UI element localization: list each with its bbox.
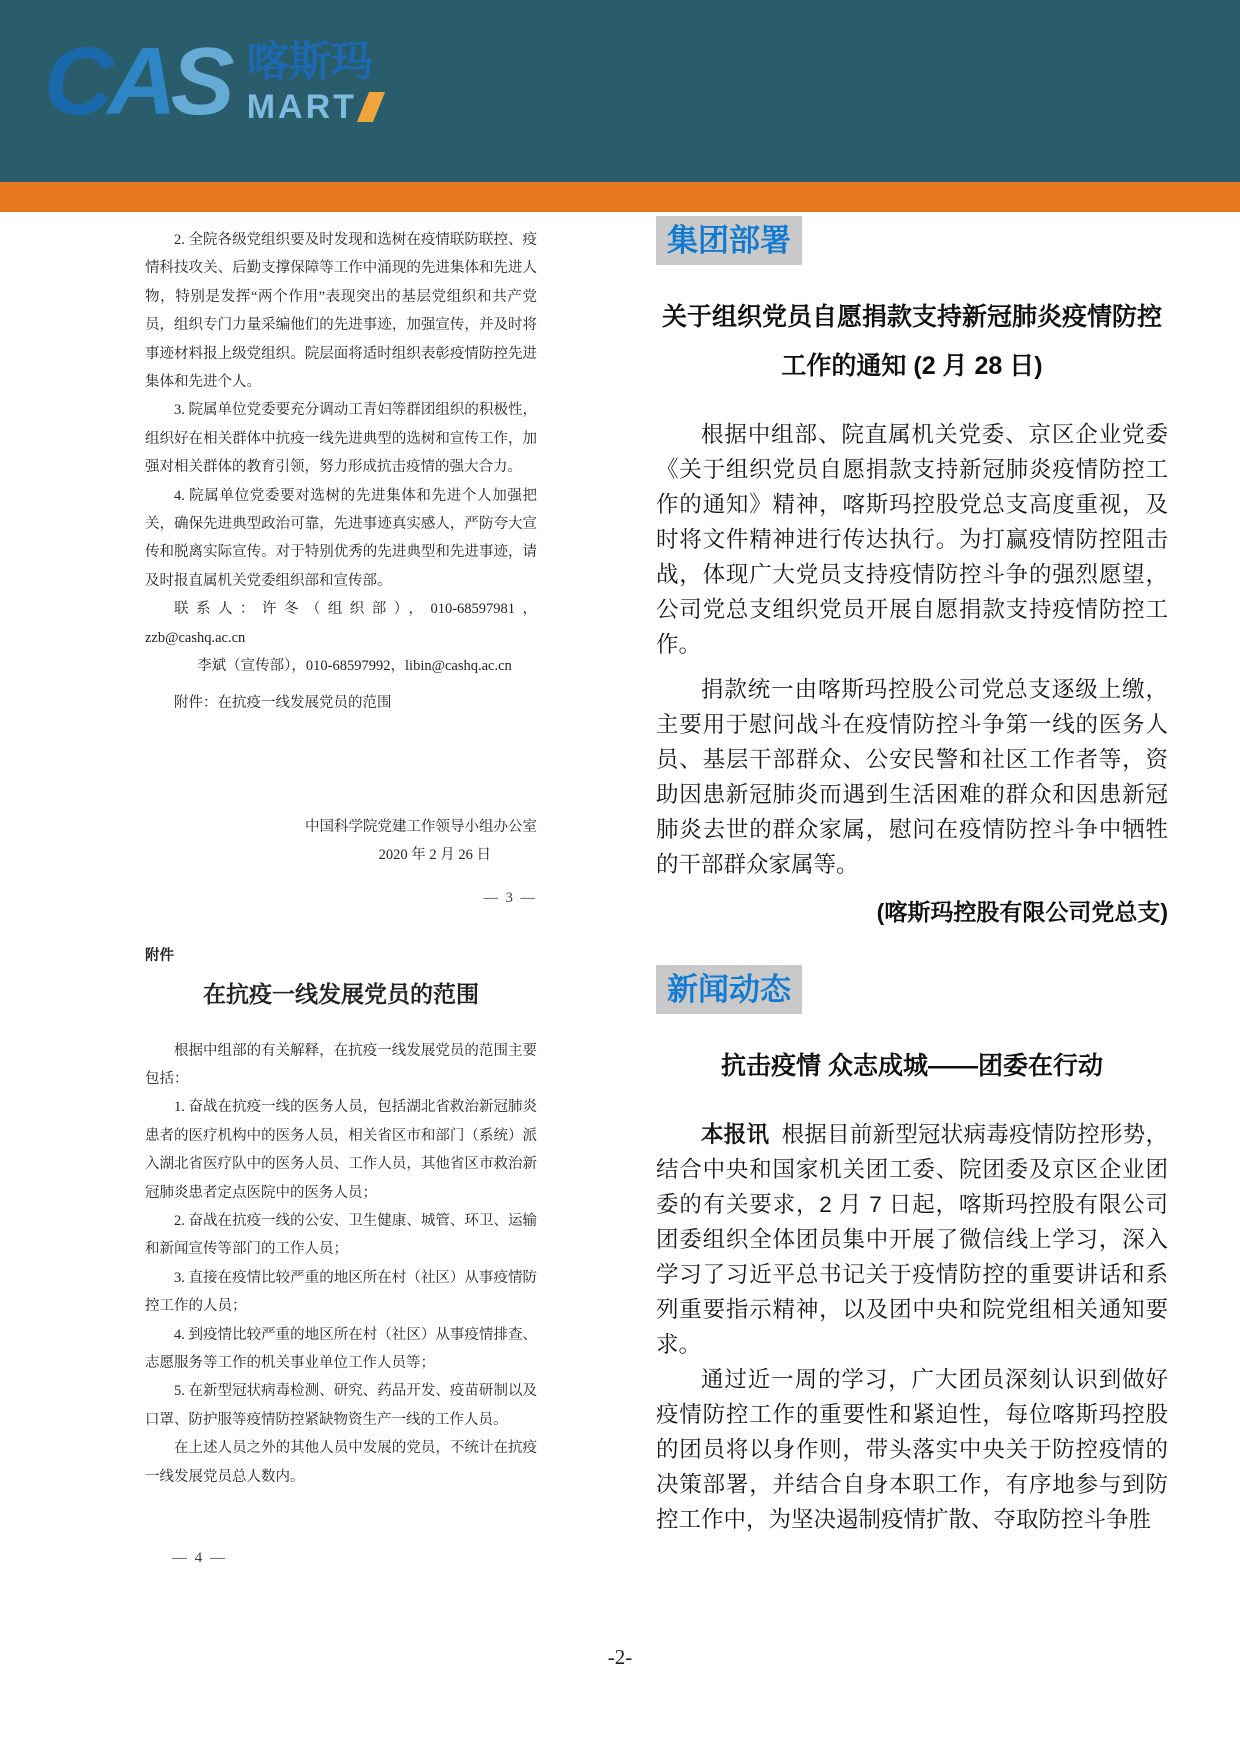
- attachment-label: 附件: [145, 942, 537, 970]
- attachment-body: 根据中组部的有关解释，在抗疫一线发展党员的范围主要包括： 1. 奋战在抗疫一线的…: [145, 1037, 537, 1492]
- attachment-reference: 附件：在抗疫一线发展党员的范围: [145, 689, 537, 717]
- article2-paragraph-1-text: 根据目前新型冠状病毒疫情防控形势，结合中央和国家机关团工委、院团委及京区企业团委…: [656, 1122, 1168, 1357]
- article1-title-line2: 工作的通知 (2 月 28 日): [656, 342, 1168, 391]
- section-badge-news: 新闻动态: [656, 965, 802, 1014]
- inner-page-marker-3: — 3 —: [145, 884, 537, 912]
- signature-organization: 中国科学院党建工作领导小组办公室: [145, 813, 537, 841]
- attachment-title: 在抗疫一线发展党员的范围: [145, 975, 537, 1015]
- attachment-item-2: 2. 奋战在抗疫一线的公安、卫生健康、城管、环卫、运输和新闻宣传等部门的工作人员…: [145, 1207, 537, 1264]
- logo-mart-row: MART: [247, 89, 379, 125]
- right-content-column: 集团部署 关于组织党员自愿捐款支持新冠肺炎疫情防控 工作的通知 (2 月 28 …: [656, 216, 1168, 1537]
- logo-letter-c: C: [44, 28, 107, 135]
- attachment-item-4: 4. 到疫情比较严重的地区所在村（社区）从事疫情排查、志愿服务等工作的机关事业单…: [145, 1321, 537, 1378]
- logo-letter-s: S: [171, 28, 229, 135]
- article2-paragraph-1: 本报讯根据目前新型冠状病毒疫情防控形势，结合中央和国家机关团工委、院团委及京区企…: [656, 1117, 1168, 1362]
- logo-chinese-name: 喀斯玛: [247, 39, 379, 87]
- logo-wordmark: 喀斯玛 MART: [247, 39, 379, 125]
- article1-paragraph-2: 捐款统一由喀斯玛控股公司党总支逐级上缴，主要用于慰问战斗在疫情防控斗争第一线的医…: [656, 672, 1168, 882]
- left-paragraph-2: 2. 全院各级党组织要及时发现和选树在疫情联防联控、疫情科技攻关、后勤支撑保障等…: [145, 226, 537, 396]
- section-news: 新闻动态: [656, 965, 1168, 1014]
- article1-paragraph-1: 根据中组部、院直属机关党委、京区企业党委《关于组织党员自愿捐款支持新冠肺炎疫情防…: [656, 417, 1168, 662]
- article1-title-line1: 关于组织党员自愿捐款支持新冠肺炎疫情防控: [656, 293, 1168, 342]
- contact-line-1: 联系人：许冬（组织部），010-68597981，zzb@cashq.ac.cn: [145, 595, 537, 652]
- attachment-closing: 在上述人员之外的其他人员中发展的党员，不统计在抗疫一线发展党员总人数内。: [145, 1434, 537, 1491]
- section-badge-group-deployment: 集团部署: [656, 216, 802, 265]
- page-number: -2-: [0, 1645, 1240, 1670]
- attachment-item-5: 5. 在新型冠状病毒检测、研究、药品开发、疫苗研制以及口罩、防护服等疫情防控紧缺…: [145, 1377, 537, 1434]
- attachment-item-3: 3. 直接在疫情比较严重的地区所在村（社区）从事疫情防控工作的人员；: [145, 1264, 537, 1321]
- inner-page-marker-4: — 4 —: [172, 1550, 227, 1567]
- left-paragraph-4: 4. 院属单位党委要对选树的先进集体和先进个人加强把关，确保先进典型政治可靠，先…: [145, 482, 537, 596]
- attachment-intro: 根据中组部的有关解释，在抗疫一线发展党员的范围主要包括：: [145, 1037, 537, 1094]
- left-paragraph-3: 3. 院属单位党委要充分调动工青妇等群团组织的积极性，组织好在相关群体中抗疫一线…: [145, 396, 537, 481]
- header-orange-stripe: [0, 182, 1240, 212]
- logo-letter-a: A: [107, 28, 170, 135]
- logo-cas-text: CAS: [44, 34, 229, 130]
- logo-mart-text: MART: [247, 89, 357, 125]
- article2-lead: 本报讯: [701, 1122, 769, 1147]
- left-document-column: 2. 全院各级党组织要及时发现和选树在疫情联防联控、疫情科技攻关、后勤支撑保障等…: [145, 226, 537, 1491]
- article1-title: 关于组织党员自愿捐款支持新冠肺炎疫情防控 工作的通知 (2 月 28 日): [656, 293, 1168, 391]
- contact-line-2: 李斌（宣传部），010-68597992，libin@cashq.ac.cn: [145, 652, 537, 680]
- article2-paragraph-2: 通过近一周的学习，广大团员深刻认识到做好疫情防控工作的重要性和紧迫性，每位喀斯玛…: [656, 1362, 1168, 1537]
- section-group-deployment: 集团部署: [656, 216, 1168, 265]
- article1-signature: (喀斯玛控股有限公司党总支): [656, 894, 1168, 927]
- signature-block: 中国科学院党建工作领导小组办公室 2020 年 2 月 26 日: [145, 813, 537, 870]
- casmart-logo: CAS 喀斯玛 MART: [44, 22, 379, 142]
- article2-title: 抗击疫情 众志成城——团委在行动: [656, 1042, 1168, 1091]
- attachment-item-1: 1. 奋战在抗疫一线的医务人员，包括湖北省救治新冠肺炎患者的医疗机构中的医务人员…: [145, 1093, 537, 1207]
- signature-date: 2020 年 2 月 26 日: [145, 841, 537, 869]
